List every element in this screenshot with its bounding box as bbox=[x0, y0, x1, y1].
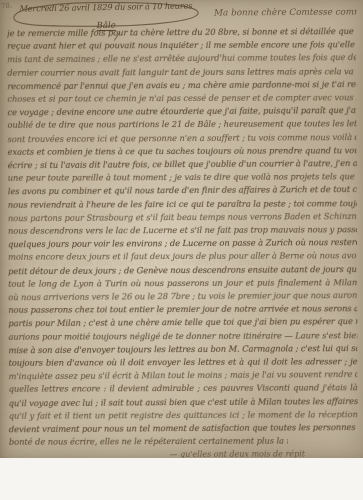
letter-header-row: Mercredi 26 avril 1829 du soir à 10 heur… bbox=[8, 2, 357, 26]
handwriting-line: oublié de te dire que nous partirions le… bbox=[7, 118, 356, 133]
letter-paper: mis tant de semaines ; elle ne s'est arr… bbox=[0, 0, 363, 459]
handwriting-line: moins encore deux jours et il faut deux … bbox=[8, 250, 357, 265]
handwriting-line: bonté de nous écrire, elles ne le répéte… bbox=[9, 435, 288, 449]
scanned-letter-page: mis tant de semaines ; elle ne s'est arr… bbox=[0, 0, 363, 500]
letter-body: je te remercie mille fois pour ta chère … bbox=[7, 25, 358, 461]
scan-background bbox=[0, 458, 363, 500]
letter-dateline: Mercredi 26 avril 1829 du soir à 10 heur… bbox=[8, 0, 204, 14]
letter-salutation: Ma bonne chère Comtesse comment bbox=[204, 1, 357, 18]
handwriting-line: devient vraiment pour nous un tel moment… bbox=[9, 421, 358, 436]
